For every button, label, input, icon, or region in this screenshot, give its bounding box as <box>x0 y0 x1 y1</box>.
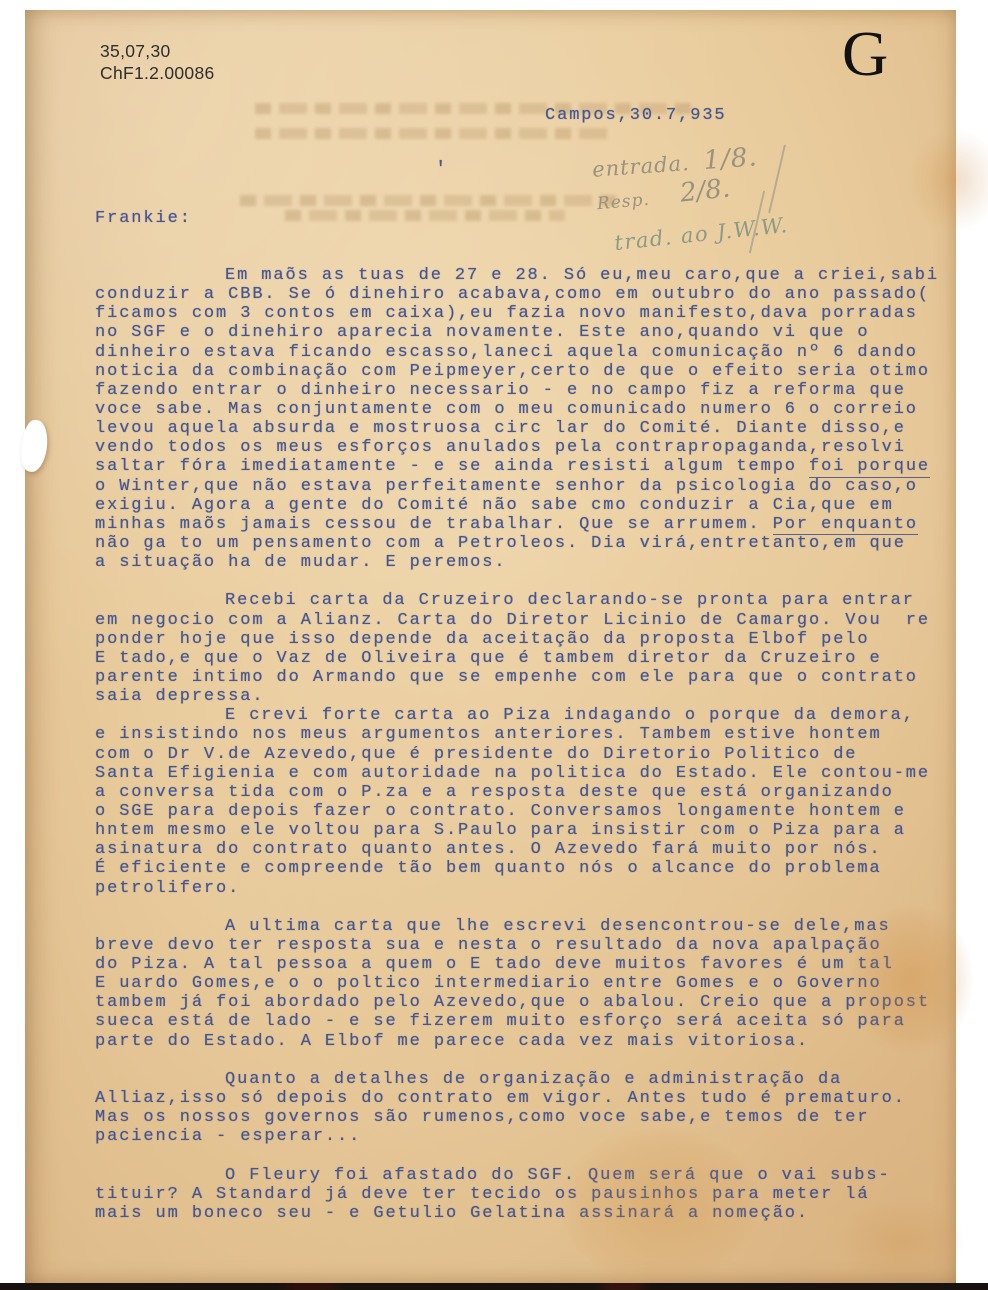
typed-line: levou aquela absurda e mostruosa circ la… <box>95 419 955 438</box>
typed-line: tituir? A Standard já deve ter tecido os… <box>95 1185 955 1204</box>
typed-line: O Fleury foi afastado do SGF. Quem será … <box>95 1166 955 1185</box>
typed-line: saltar fóra imediatamente - e se ainda r… <box>95 457 955 476</box>
typed-line: fazendo entrar o dinheiro necessario - e… <box>95 381 955 400</box>
paragraph: Recebi carta da Cruzeiro declarando-se p… <box>95 591 955 706</box>
typed-line: do Piza. A tal pessoa a quem o E tado de… <box>95 955 955 974</box>
bleed-through-text <box>285 210 565 221</box>
typed-line: o SGE para depois fazer o contrato. Conv… <box>95 802 955 821</box>
archive-code-id: ChF1.2.00086 <box>100 62 215 84</box>
typed-line: voce sabe. Mas conjuntamente com o meu c… <box>95 400 955 419</box>
typed-line: E uardo Gomes,e o o poltico intermediari… <box>95 974 955 993</box>
entry-label: entrada. <box>591 151 690 182</box>
typed-line: Em maõs as tuas de 27 e 28. Só eu,meu ca… <box>95 266 955 285</box>
paragraph: Quanto a detalhes de organização e admin… <box>95 1070 955 1147</box>
entry-date: 1/8. <box>702 142 758 176</box>
typed-line: E tado,e que o Vaz de Oliveira que é tam… <box>95 649 955 668</box>
typed-line: e insistindo nos meus argumentos anterio… <box>95 725 955 744</box>
typed-line: Alliaz,isso só depois do contrato em vig… <box>95 1089 955 1108</box>
typed-line: parente intimo do Armando que se empenhe… <box>95 668 955 687</box>
typed-line: vendo todos os meus esforços anulados pe… <box>95 438 955 457</box>
typed-line: tambem já foi abordado pelo Azevedo,que … <box>95 993 955 1012</box>
typed-line: hntem mesmo ele voltou para S.Paulo para… <box>95 821 955 840</box>
typed-line: asinatura do contrato quanto antes. O Az… <box>95 840 955 859</box>
paragraph: E crevi forte carta ao Piza indagando o … <box>95 706 955 897</box>
typed-line: saia depressa. <box>95 687 955 706</box>
corner-letter-g: G <box>842 22 888 86</box>
scan-edge-strip <box>0 1283 988 1290</box>
typed-line: mais um boneco seu - e Getulio Gelatina … <box>95 1204 955 1223</box>
typed-line: paciencia - esperar... <box>95 1127 955 1146</box>
typed-line: no SGF e o dinehiro aparecia novamente. … <box>95 323 955 342</box>
typed-line: E crevi forte carta ao Piza indagando o … <box>95 706 955 725</box>
typed-line: Quanto a detalhes de organização e admin… <box>95 1070 955 1089</box>
typed-line: É eficiente e compreende tão bem quanto … <box>95 859 955 878</box>
typed-line: parte do Estado. A Elbof me parece cada … <box>95 1032 955 1051</box>
scanned-letter-screenshot: 35,07,30 ChF1.2.00086 G Campos,30.7,935 … <box>0 0 988 1290</box>
typed-line: conduzir a CBB. Se ó dinehiro acabava,co… <box>95 285 955 304</box>
salutation: Frankie: <box>95 209 192 228</box>
paper-stain <box>907 128 988 233</box>
typed-line: o Winter,que não estava perfeitamente se… <box>95 477 955 496</box>
typed-line: não ga to um pensamento com a Petroleos.… <box>95 534 955 553</box>
letter-body: Em maõs as tuas de 27 e 28. Só eu,meu ca… <box>95 266 955 1223</box>
typed-line: Recebi carta da Cruzeiro declarando-se p… <box>95 591 955 610</box>
stray-mark: ' <box>435 158 446 180</box>
handwritten-reply-date: 2/8. <box>679 173 732 208</box>
paragraph: O Fleury foi afastado do SGF. Quem será … <box>95 1166 955 1223</box>
typed-line: petrolifero. <box>95 879 955 898</box>
typed-line: a conversa tida com o P.za e a resposta … <box>95 783 955 802</box>
typed-line: ficamos com 3 contos em caixa),eu fazia … <box>95 304 955 323</box>
typed-line: em negocio com a Alianz. Carta do Direto… <box>95 611 955 630</box>
archive-code-date: 35,07,30 <box>100 40 215 62</box>
typed-line: breve devo ter resposta sua e nesta o re… <box>95 936 955 955</box>
typed-line: Mas os nossos governos são rumenos,como … <box>95 1108 955 1127</box>
typed-line: Santa Efigienia e com autoridade na poli… <box>95 764 955 783</box>
typed-line: com o Dr V.de Azevedo,que é presidente d… <box>95 745 955 764</box>
archive-code: 35,07,30 ChF1.2.00086 <box>100 40 215 84</box>
typed-line: ponder hoje que isso depende da aceitaçã… <box>95 630 955 649</box>
typed-line: dinheiro estava ficando escasso,laneci a… <box>95 343 955 362</box>
bleed-through-text <box>240 195 620 206</box>
typed-line: exigiu. Agora a gente do Comité não sabe… <box>95 496 955 515</box>
typed-line: noticia da combinação com Peipmeyer,cert… <box>95 362 955 381</box>
paragraph: Em maõs as tuas de 27 e 28. Só eu,meu ca… <box>95 266 955 572</box>
typed-line: minhas maõs jamais cessou de trabalhar. … <box>95 515 955 534</box>
typed-line: a situação ha de mudar. E peremos. <box>95 553 955 572</box>
dateline: Campos,30.7,935 <box>545 106 727 125</box>
bleed-through-text <box>255 128 615 139</box>
typed-line: A ultima carta que lhe escrevi desencont… <box>95 917 955 936</box>
typed-line: sueca está de lado - e se fizerem muito … <box>95 1012 955 1031</box>
paragraph: A ultima carta que lhe escrevi desencont… <box>95 917 955 1051</box>
